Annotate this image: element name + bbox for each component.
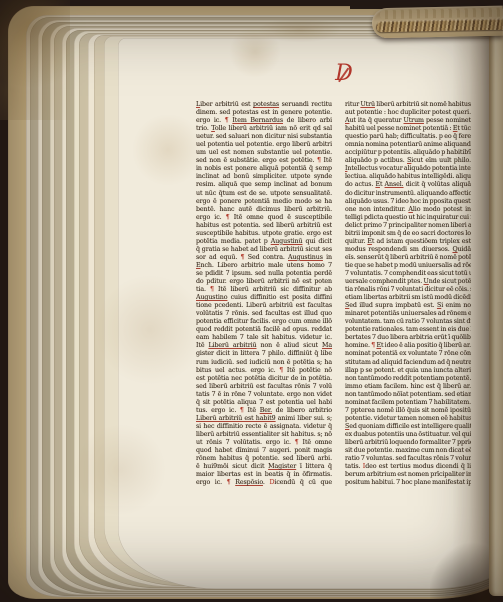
text-line: bentē. hanc autē dicimus liberū arbitriū… bbox=[196, 206, 332, 214]
text-line: q̄ sit potētia aliqua 7 est potentia uel… bbox=[196, 399, 332, 407]
text-line: delict primo 7 principaliter nomen liber… bbox=[345, 222, 471, 230]
text-line: stitutam ad aliquid faciendum ad q̄ neut… bbox=[345, 359, 471, 367]
text-line: uersale comphendit ptes. Unde sicut potē bbox=[345, 278, 471, 286]
text-line: potentia efficitur facilis. ergo cum omn… bbox=[196, 318, 332, 326]
text-line: bertates 7 duo libera arbitria erūt ī qu… bbox=[345, 334, 471, 342]
text-line: quod reddit potentiā facilē ad opus. red… bbox=[196, 326, 332, 334]
text-line: ratio 7 voluntas. sed facultas rōnis 7 v… bbox=[345, 455, 471, 463]
text-line: sed liberū arbitriū est facultas rōnis 7… bbox=[196, 383, 332, 391]
text-line: Intellectus vocatur aliquādo potentia in… bbox=[345, 165, 471, 173]
text-column-left: Liber arbitriū est potestas seruandi rec… bbox=[196, 101, 332, 489]
text-line: ergo ic. ¶ Item Bernardus de libero arbi bbox=[196, 117, 332, 125]
text-line: inclinat ad bonū simpliciter. utpote syn… bbox=[196, 173, 332, 181]
text-line: tatis 7 ē in rōne 7 voluntate. ergo non … bbox=[196, 391, 332, 399]
text-line: tione pcedenti. Liberū arbitriū est facu… bbox=[196, 302, 332, 310]
text-line: in nobis est ponere aliquā potentiā q̄ s… bbox=[196, 165, 332, 173]
text-line: ex duabus potentiis una ōstituatur. vel … bbox=[345, 431, 471, 439]
text-line: ergo ic. ¶ Itē omne quod ē susceptibile bbox=[196, 214, 332, 222]
text-line: maior libertas est in beatis q̄ in ōfirm… bbox=[196, 471, 332, 479]
text-line: tatis. Ideo est tertius modus dicendi q̄… bbox=[345, 463, 471, 471]
text-line: est potētia nec potētia dicitur de in po… bbox=[196, 375, 332, 383]
text-line: bitrii imponit sm q̄ de eo sacri doctore… bbox=[345, 230, 471, 238]
text-line: sed non ē substātie. ergo est potētie. ¶… bbox=[196, 157, 332, 165]
text-line: potētia media. patet p Augustinū qui dic… bbox=[196, 238, 332, 246]
text-line: aliquādo p actibus. Sicut eīm uult philo… bbox=[345, 157, 471, 165]
text-line: um uel est nomen substantie uel potentie… bbox=[196, 149, 332, 157]
text-line: quod habet dīminui 7 augeri. ponit magis bbox=[196, 447, 332, 455]
text-line: ut nūc q̄tum est de se. utpote sensualit… bbox=[196, 190, 332, 198]
text-line: one non intenditur. Alio modo potest in bbox=[345, 206, 471, 214]
text-line: ritur Utrū liberū arbitriū sit nomē habi… bbox=[345, 101, 471, 109]
text-line: sor ad equū. ¶ Sed contra. Augustinus in bbox=[196, 254, 332, 262]
text-line: Itē Liberū arbitriū non ē aliud sicut Ma bbox=[196, 342, 332, 350]
text-line: non tantūmodo nōīat potentiam. sed etiam bbox=[345, 391, 471, 399]
text-line: Liberū arbitriū est habit9 animi liber s… bbox=[196, 415, 332, 423]
text-line: nominat potentiā ex voluntate 7 rōne cōn bbox=[345, 350, 471, 358]
text-line: minaret potentiās uniuersales ad rōnem e… bbox=[345, 310, 471, 318]
text-line: eīs. senserūt q̄ liberū arbitriū ē nomē … bbox=[345, 254, 471, 262]
text-line: ut rōnis 7 volūtatis. ergo ic. ¶ Itē omn… bbox=[196, 439, 332, 447]
text-line: volūtatis 7 rōnis. sed facultas est illu… bbox=[196, 310, 332, 318]
headband bbox=[372, 6, 503, 39]
text-line: eam habilem 7 tale sit habitus. videtur … bbox=[196, 334, 332, 342]
text-line: telligi pdicta questio ut hic inquiratur… bbox=[345, 214, 471, 222]
text-line: aut potentie : hoc dupliciter potest que… bbox=[345, 109, 471, 117]
text-line: potentie. videtur tamen nomen eē habitus… bbox=[345, 415, 471, 423]
text-line: modus respondendi sm diuersos. Quidā bbox=[345, 246, 471, 254]
text-line: homine. ¶ Et ideo ē alia positio q̄ libe… bbox=[345, 342, 471, 350]
text-line: omnia nomina potentiarū anime aliquando bbox=[345, 141, 471, 149]
text-line: q̄ gratia se habet ad liberū arbitriū si… bbox=[196, 246, 332, 254]
text-line: liberū arbitriū essentialiter sit habitu… bbox=[196, 431, 332, 439]
text-line: 7 voluntatis. 7 comphendit eas sicut tot… bbox=[345, 270, 471, 278]
text-line: tia. ¶ Itē liberū arbitriū sic diffinitu… bbox=[196, 286, 332, 294]
text-line: Ench. Libero arbitrio male utens homo 7 bbox=[196, 262, 332, 270]
text-line: 7 ppterea nomē illō q̄uis sit nomē iposi… bbox=[345, 407, 471, 415]
text-line: potentie rationales. tam essent in eis d… bbox=[345, 326, 471, 334]
text-line: si hec diffinitio recte ē assignata. vid… bbox=[196, 423, 332, 431]
text-line: dinem. sed potestas est in genere potent… bbox=[196, 109, 332, 117]
text-line: non tantūmodo reddit potentiam potentē. bbox=[345, 375, 471, 383]
text-line: quitur. Et ad istam questiōem triplex es… bbox=[345, 238, 471, 246]
text-line: rum iudiciū. sed iudiciū non ē potētia s… bbox=[196, 359, 332, 367]
headband-cap bbox=[380, 8, 503, 20]
book-photo: D Liber arbitriū est potestas seruandi r… bbox=[0, 0, 503, 602]
text-line: do dicitur instrumentū. aliquando affect… bbox=[345, 190, 471, 198]
text-line: Liber arbitriū est potestas seruandi rec… bbox=[196, 101, 332, 109]
text-line: liberū arbitriū loquendo formaliter 7 pp… bbox=[345, 439, 471, 447]
text-line: ergo ē ponere potentiā medio modo se ha bbox=[196, 198, 332, 206]
text-line: illap p se potent. et quia una iuncta al… bbox=[345, 367, 471, 375]
text-line: ergo ic. ¶ Respōsio. Dicendū q̄ cū que bbox=[196, 479, 332, 487]
text-line: questio parū hab; difficultatis. p eo q̄… bbox=[345, 133, 471, 141]
text-line: Augustino cuius diffinitio est posita di… bbox=[196, 294, 332, 302]
text-line: ē hui9mōi sicut dicit Magister ī littera… bbox=[196, 463, 332, 471]
text-line: aliquādo usus. 7 ideo hoc in pposita que… bbox=[345, 198, 471, 206]
text-line: tia rōnalis rōni 7 voluntati dicitur eē … bbox=[345, 286, 471, 294]
text-line: se pdidit 7 ipsum. sed nulla potentia pe… bbox=[196, 270, 332, 278]
text-line: resim. aliquā que semp inclinat ad bonum bbox=[196, 181, 332, 189]
text-line: Sed quoniam difficile est intelligere qu… bbox=[345, 423, 471, 431]
text-line: sit due potentie. maxime cum non dicat e… bbox=[345, 447, 471, 455]
text-line: nominat facilem potentiam 7 habilitatem. bbox=[345, 399, 471, 407]
text-line: susceptibile habitus. utpote gratie. erg… bbox=[196, 230, 332, 238]
text-line: rōnem habitus q̄ potentie. sed liberū ar… bbox=[196, 455, 332, 463]
headband-beads bbox=[376, 19, 503, 33]
text-line: berum arbitrium est nomen prīcipaliter i… bbox=[345, 471, 471, 479]
text-line: habitus est potentia. sed liberū arbitri… bbox=[196, 222, 332, 230]
text-line: Sed illud supra impbatū est. Si enim no bbox=[345, 302, 471, 310]
text-line: lectiua. aliquādo habitus intelligēdi. a… bbox=[345, 173, 471, 181]
text-line: uel potentia uel potentie. ergo liberū a… bbox=[196, 141, 332, 149]
text-line: do actus. Et Ansel. dicit q̄ volūtas ali… bbox=[345, 181, 471, 189]
text-line: accipiūtur p potentiis. aliquādo p habit… bbox=[345, 149, 471, 157]
text-line: tus. ergo ic. ¶ Itē Ber. de libero arbit… bbox=[196, 407, 332, 415]
text-line: bitus uel actus. ergo ic. ¶ Itē potētie … bbox=[196, 367, 332, 375]
text-line: immo etiam facilem. hinc est q̄ liberū a… bbox=[345, 383, 471, 391]
text-column-right: ritur Utrū liberū arbitriū sit nomē habi… bbox=[345, 101, 471, 489]
text-line: etiam libertas arbitrii sm istū modū dic… bbox=[345, 294, 471, 302]
text-line: gister dicit in littera 7 philo. diffini… bbox=[196, 350, 332, 358]
text-line: Aut ita q̄ queratur Utrum pesse nominet bbox=[345, 117, 471, 125]
quire-signature-mark: D bbox=[331, 60, 357, 90]
text-line: tie que se habet p modū uniuersalis ad r… bbox=[345, 262, 471, 270]
text-line: do pditur. ergo liberū arbitrii nō est p… bbox=[196, 278, 332, 286]
text-line: habitū uel pesse nominet potentiā : Et t… bbox=[345, 125, 471, 133]
text-line: trio. Tolle liberū arbitriū iam nō erit … bbox=[196, 125, 332, 133]
text-line: uetur. sed saluari non dicitur nisi subs… bbox=[196, 133, 332, 141]
facing-page-edge bbox=[489, 34, 503, 596]
text-line: positum habitui. 7 hoc plane manifestat … bbox=[345, 479, 471, 487]
text-line: voluntatem. tam cū ratio 7 voluntas sint… bbox=[345, 318, 471, 326]
